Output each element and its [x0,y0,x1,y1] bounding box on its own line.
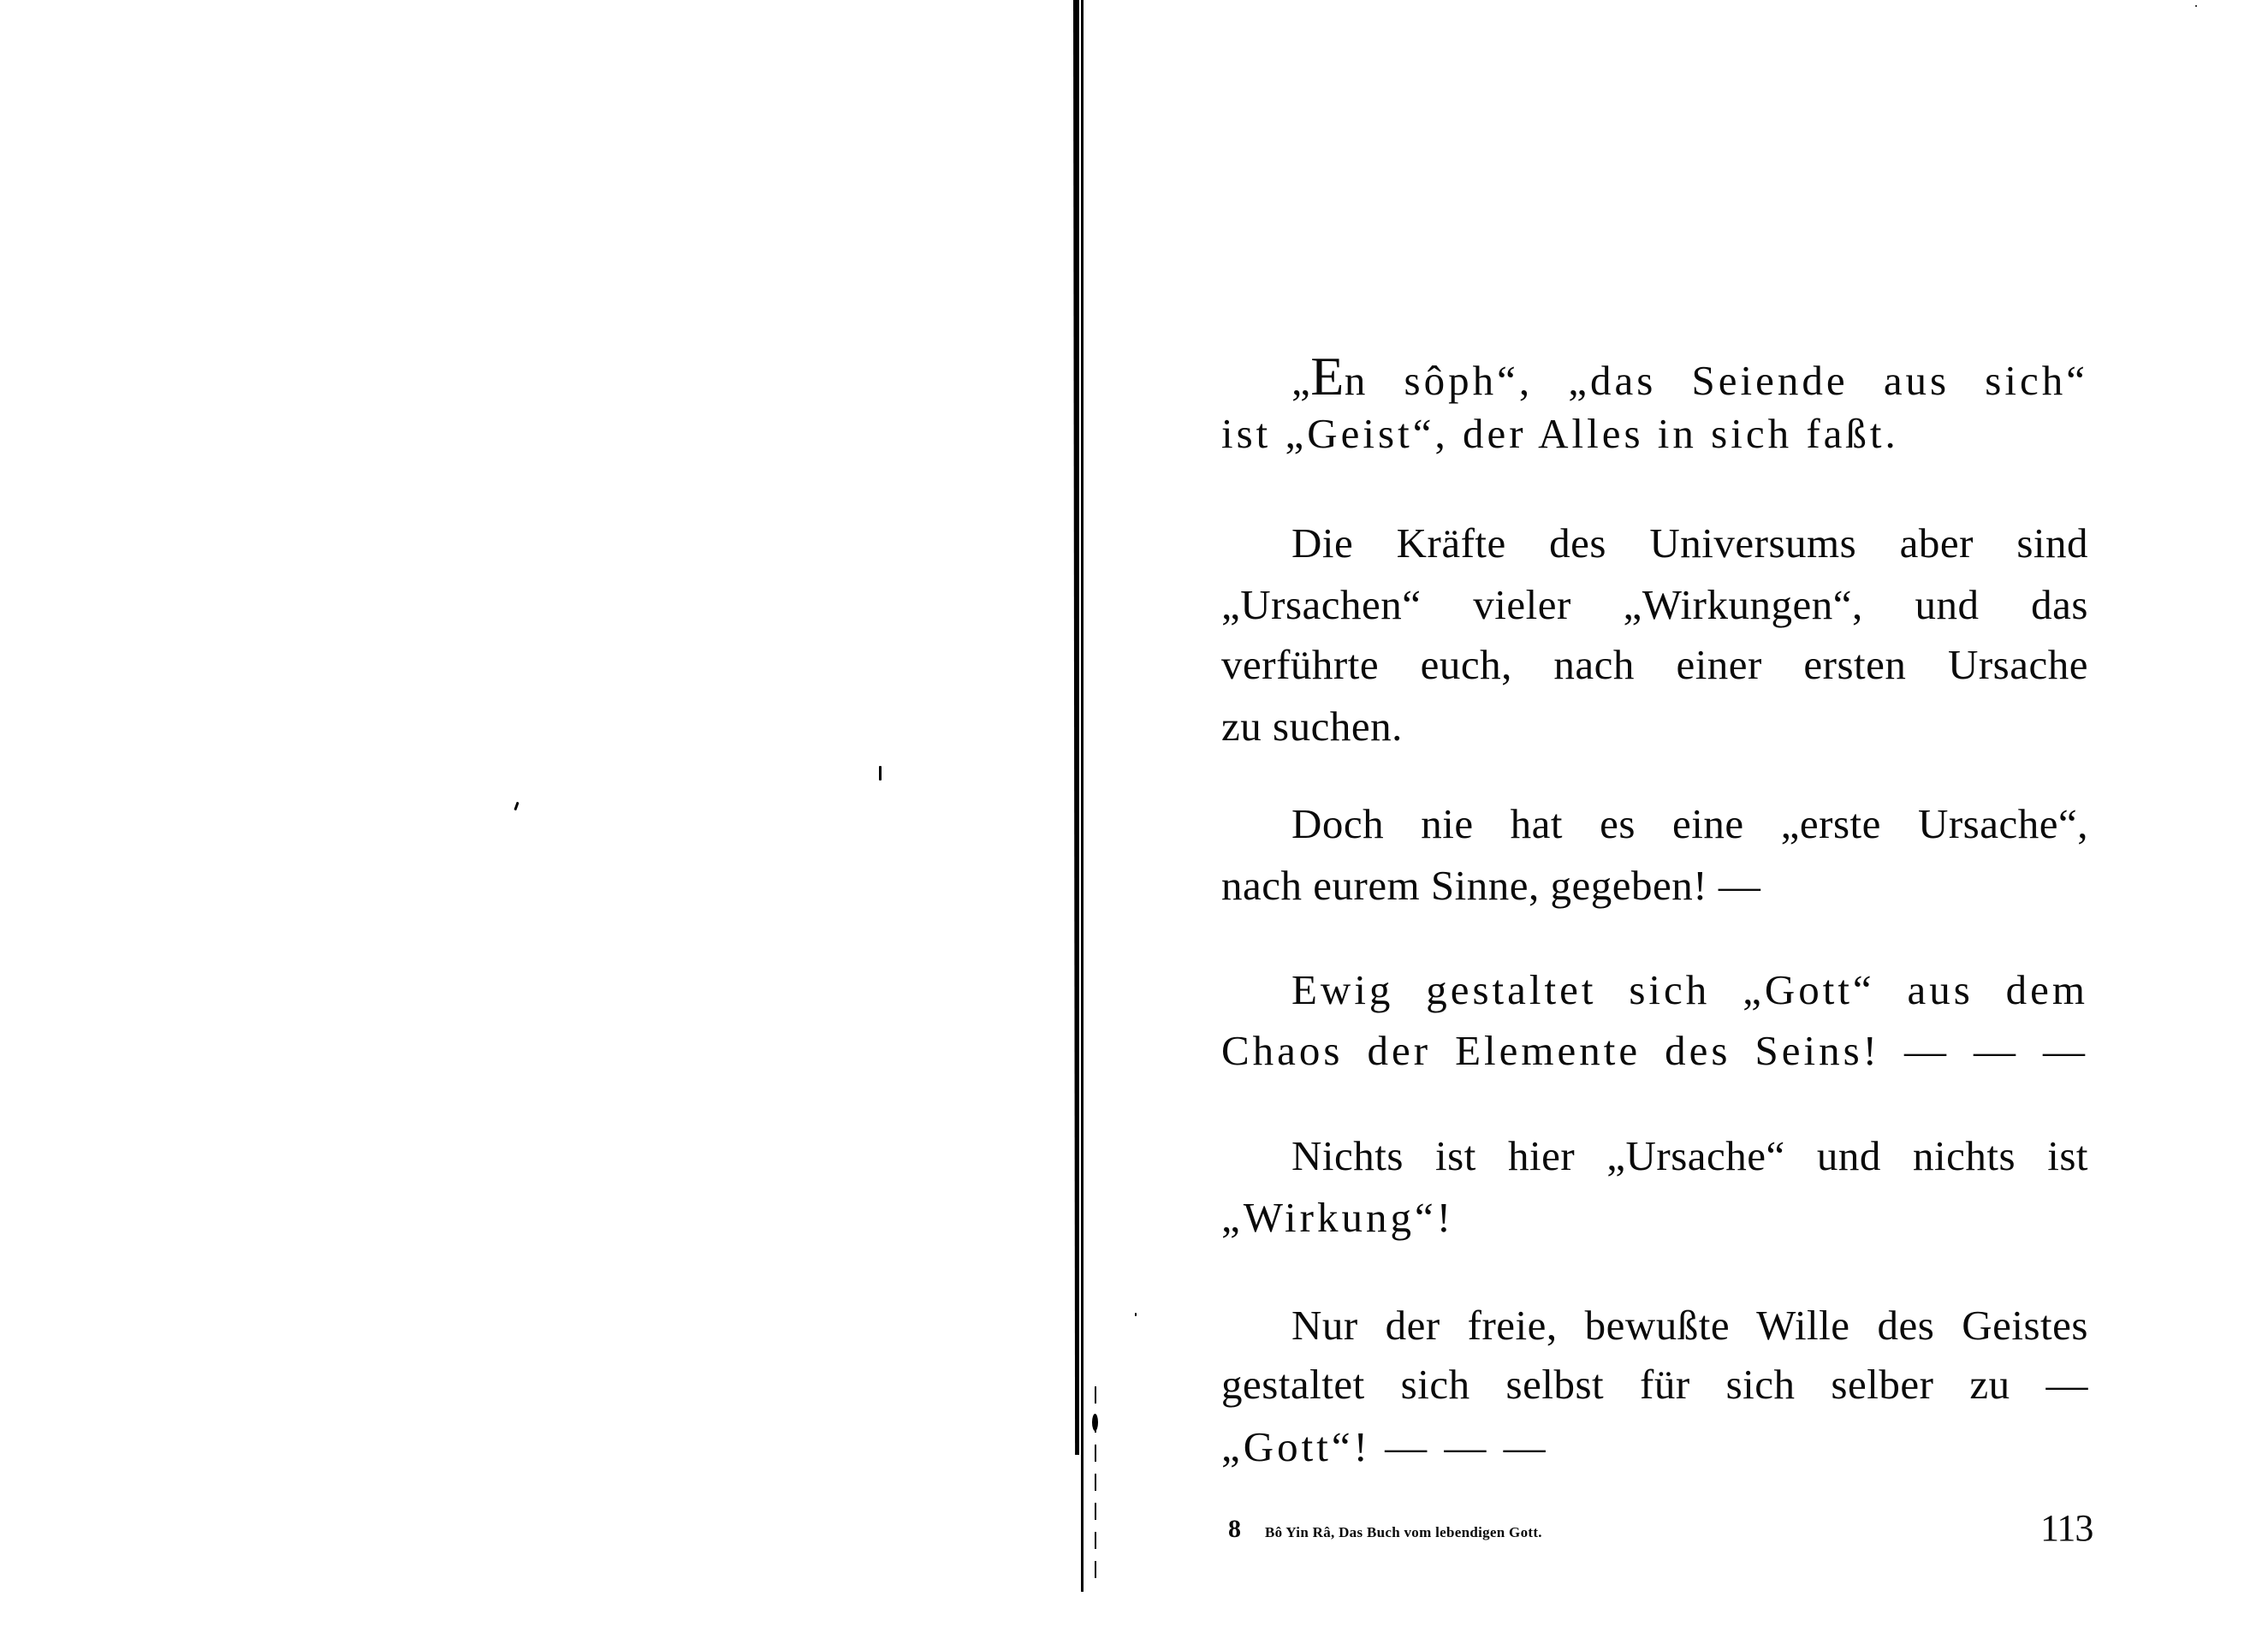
scan-speck [879,766,882,780]
text-line: Nichts ist hier „Ursache“ und nichts ist [1291,1135,2088,1177]
printer-signature: 8Bô Yin Râ, Das Buch vom lebendigen Gott… [1228,1516,1542,1542]
text-line: gestaltet sich selbst für sich selber zu… [1221,1363,2088,1405]
text-line: verführte euch, nach einer ersten Ursach… [1221,644,2088,685]
opening-quote: „ [1291,357,1310,404]
text-line: Ewig gestaltet sich „Gott“ aus dem [1291,969,2088,1011]
text-line: Nur der freie, bewußte Wille des Geistes [1291,1304,2088,1346]
text-line: ist „Geist“, der Alles in sich faßt. [1221,412,2088,454]
text-line: Doch nie hat es eine „erste Ursache“, [1291,803,2088,845]
scan-speck [1135,1313,1137,1316]
gutter-line [1081,0,1084,1592]
text-line: „Gott“! — — — [1221,1426,2088,1468]
text-line: nach eurem Sinne, gegeben! — [1221,864,2088,906]
text-line: zu suchen. [1221,705,2088,747]
scan-speck [2195,5,2197,7]
text-line: „Ursachen“ vieler „Wirkungen“, und das [1221,584,2088,626]
left-page-blank [0,0,1080,1626]
page-number: 113 [2040,1510,2093,1547]
drop-cap-letter: E [1310,346,1345,406]
signature-number: 8 [1228,1515,1241,1543]
gutter-ink-blot [1092,1414,1098,1431]
signature-text: Bô Yin Râ, Das Buch vom lebendigen Gott. [1265,1524,1542,1540]
text-line: Die Kräfte des Universums aber sind [1291,522,2088,564]
text-line: Chaos der Elemente des Seins! — — — [1221,1030,2088,1071]
text-line: „Wirkung“! [1221,1196,2088,1238]
text-line: „En sôph“, „das Seiende aus sich“ [1291,349,2088,404]
